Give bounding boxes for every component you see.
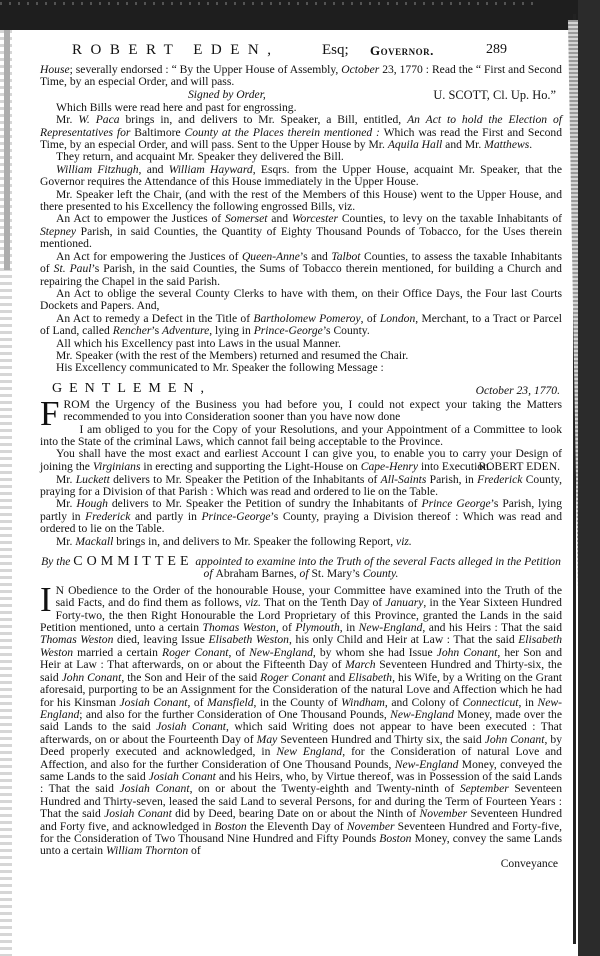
- drop-cap-f: F: [40, 400, 59, 428]
- paragraph-mackall-report: Mr. Mackall brings in, and delivers to M…: [40, 536, 562, 548]
- paragraph-hough-petition: Mr. Hough delivers to Mr. Speaker the Pe…: [40, 498, 562, 535]
- clerk-signature: U. SCOTT, Cl. Up. Ho.”: [433, 89, 556, 101]
- paragraph-endorsement: House; severally endorsed : “ By the Upp…: [40, 64, 562, 89]
- paragraph-speaker-left: Mr. Speaker left the Chair, (and with th…: [40, 189, 562, 214]
- document-page: ROBERT EDEN, Esq; Governor. 289 House; s…: [40, 30, 562, 870]
- scan-left-shadow: [4, 30, 10, 270]
- paragraph-fitzhugh: William Fitzhugh, and William Hayward, E…: [40, 164, 562, 189]
- salutation: GENTLEMEN,: [52, 383, 211, 395]
- scan-top-border: [0, 0, 600, 30]
- running-head: ROBERT EDEN, Esq; Governor. 289: [40, 44, 562, 64]
- message-paragraph-2: I am obliged to you for the Copy of your…: [40, 424, 562, 449]
- catchword: Conveyance: [40, 858, 562, 870]
- message-paragraph-1: FROM the Urgency of the Business you had…: [40, 399, 562, 424]
- page-number: 289: [486, 44, 507, 56]
- running-head-title: Governor.: [370, 45, 434, 57]
- paragraph-message-intro: His Excellency communicated to Mr. Speak…: [40, 362, 562, 374]
- report-heading: By the COMMITTEE appointed to examine in…: [40, 556, 562, 581]
- scan-right-border: [578, 0, 600, 956]
- drop-cap-i: I: [40, 586, 52, 614]
- signed-by-order: Signed by Order,: [188, 89, 266, 101]
- scan-noise: [0, 2, 540, 5]
- message-date: October 23, 1770.: [476, 385, 560, 397]
- running-head-name: ROBERT EDEN,: [72, 44, 280, 56]
- paragraph-act-clerks: An Act to oblige the several County Cler…: [40, 288, 562, 313]
- signature-row: Signed by Order, U. SCOTT, Cl. Up. Ho.”: [40, 89, 562, 102]
- running-head-esq: Esq;: [322, 44, 349, 56]
- paragraph-act-somerset: An Act to empower the Justices of Somers…: [40, 213, 562, 250]
- paragraph-act-pomeroy: An Act to remedy a Defect in the Title o…: [40, 313, 562, 338]
- paragraph-paca-bill: Mr. W. Paca brings in, and delivers to M…: [40, 114, 562, 151]
- report-body: IN Obedience to the Order of the honoura…: [40, 585, 562, 858]
- report-heading-committee: COMMITTEE: [73, 554, 192, 569]
- message-salutation-row: GENTLEMEN, October 23, 1770.: [40, 383, 562, 399]
- paragraph-act-queen-anne: An Act for empowering the Justices of Qu…: [40, 251, 562, 288]
- scan-left-edge: [0, 30, 12, 956]
- paragraph-luckett-petition: Mr. Luckett delivers to Mr. Speaker the …: [40, 474, 562, 499]
